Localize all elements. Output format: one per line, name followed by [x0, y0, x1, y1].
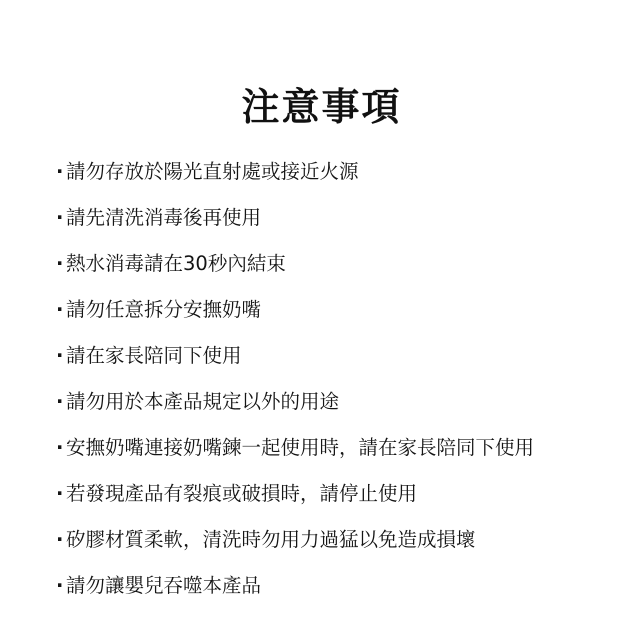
notice-item: ·請在家長陪同下使用 — [56, 340, 534, 386]
notice-text: 請勿任意拆分安撫奶嘴 — [66, 294, 261, 326]
notice-item: ·矽膠材質柔軟，清洗時勿用力過猛以免造成損壞 — [56, 524, 534, 570]
bullet-icon: · — [56, 570, 66, 602]
bullet-icon: · — [56, 478, 66, 510]
notice-item: ·若發現產品有裂痕或破損時，請停止使用 — [56, 478, 534, 524]
bullet-icon: · — [56, 524, 66, 556]
notice-text: 安撫奶嘴連接奶嘴鍊一起使用時，請在家長陪同下使用 — [66, 432, 534, 464]
notice-text: 請在家長陪同下使用 — [66, 340, 242, 372]
notice-item: ·請先清洗消毒後再使用 — [56, 202, 534, 248]
notice-list: ·請勿存放於陽光直射處或接近火源 ·請先清洗消毒後再使用 ·熱水消毒請在30秒內… — [56, 156, 534, 616]
notice-text: 請先清洗消毒後再使用 — [66, 202, 261, 234]
notice-item: ·請勿存放於陽光直射處或接近火源 — [56, 156, 534, 202]
notice-text: 熱水消毒請在30秒內結束 — [66, 248, 286, 280]
notice-item: ·安撫奶嘴連接奶嘴鍊一起使用時，請在家長陪同下使用 — [56, 432, 534, 478]
notice-item: ·熱水消毒請在30秒內結束 — [56, 248, 534, 294]
page-title: 注意事項 — [0, 81, 643, 133]
bullet-icon: · — [56, 432, 66, 464]
notice-item: ·請勿用於本產品規定以外的用途 — [56, 386, 534, 432]
bullet-icon: · — [56, 202, 66, 234]
notice-text: 矽膠材質柔軟，清洗時勿用力過猛以免造成損壞 — [66, 524, 476, 556]
bullet-icon: · — [56, 156, 66, 188]
bullet-icon: · — [56, 386, 66, 418]
notice-item: ·請勿讓嬰兒吞噬本產品 — [56, 570, 534, 616]
notice-item: ·請勿任意拆分安撫奶嘴 — [56, 294, 534, 340]
notice-text: 若發現產品有裂痕或破損時，請停止使用 — [66, 478, 417, 510]
bullet-icon: · — [56, 340, 66, 372]
bullet-icon: · — [56, 248, 66, 280]
notice-text: 請勿讓嬰兒吞噬本產品 — [66, 570, 261, 602]
notice-text: 請勿存放於陽光直射處或接近火源 — [66, 156, 359, 188]
bullet-icon: · — [56, 294, 66, 326]
notice-text: 請勿用於本產品規定以外的用途 — [66, 386, 339, 418]
